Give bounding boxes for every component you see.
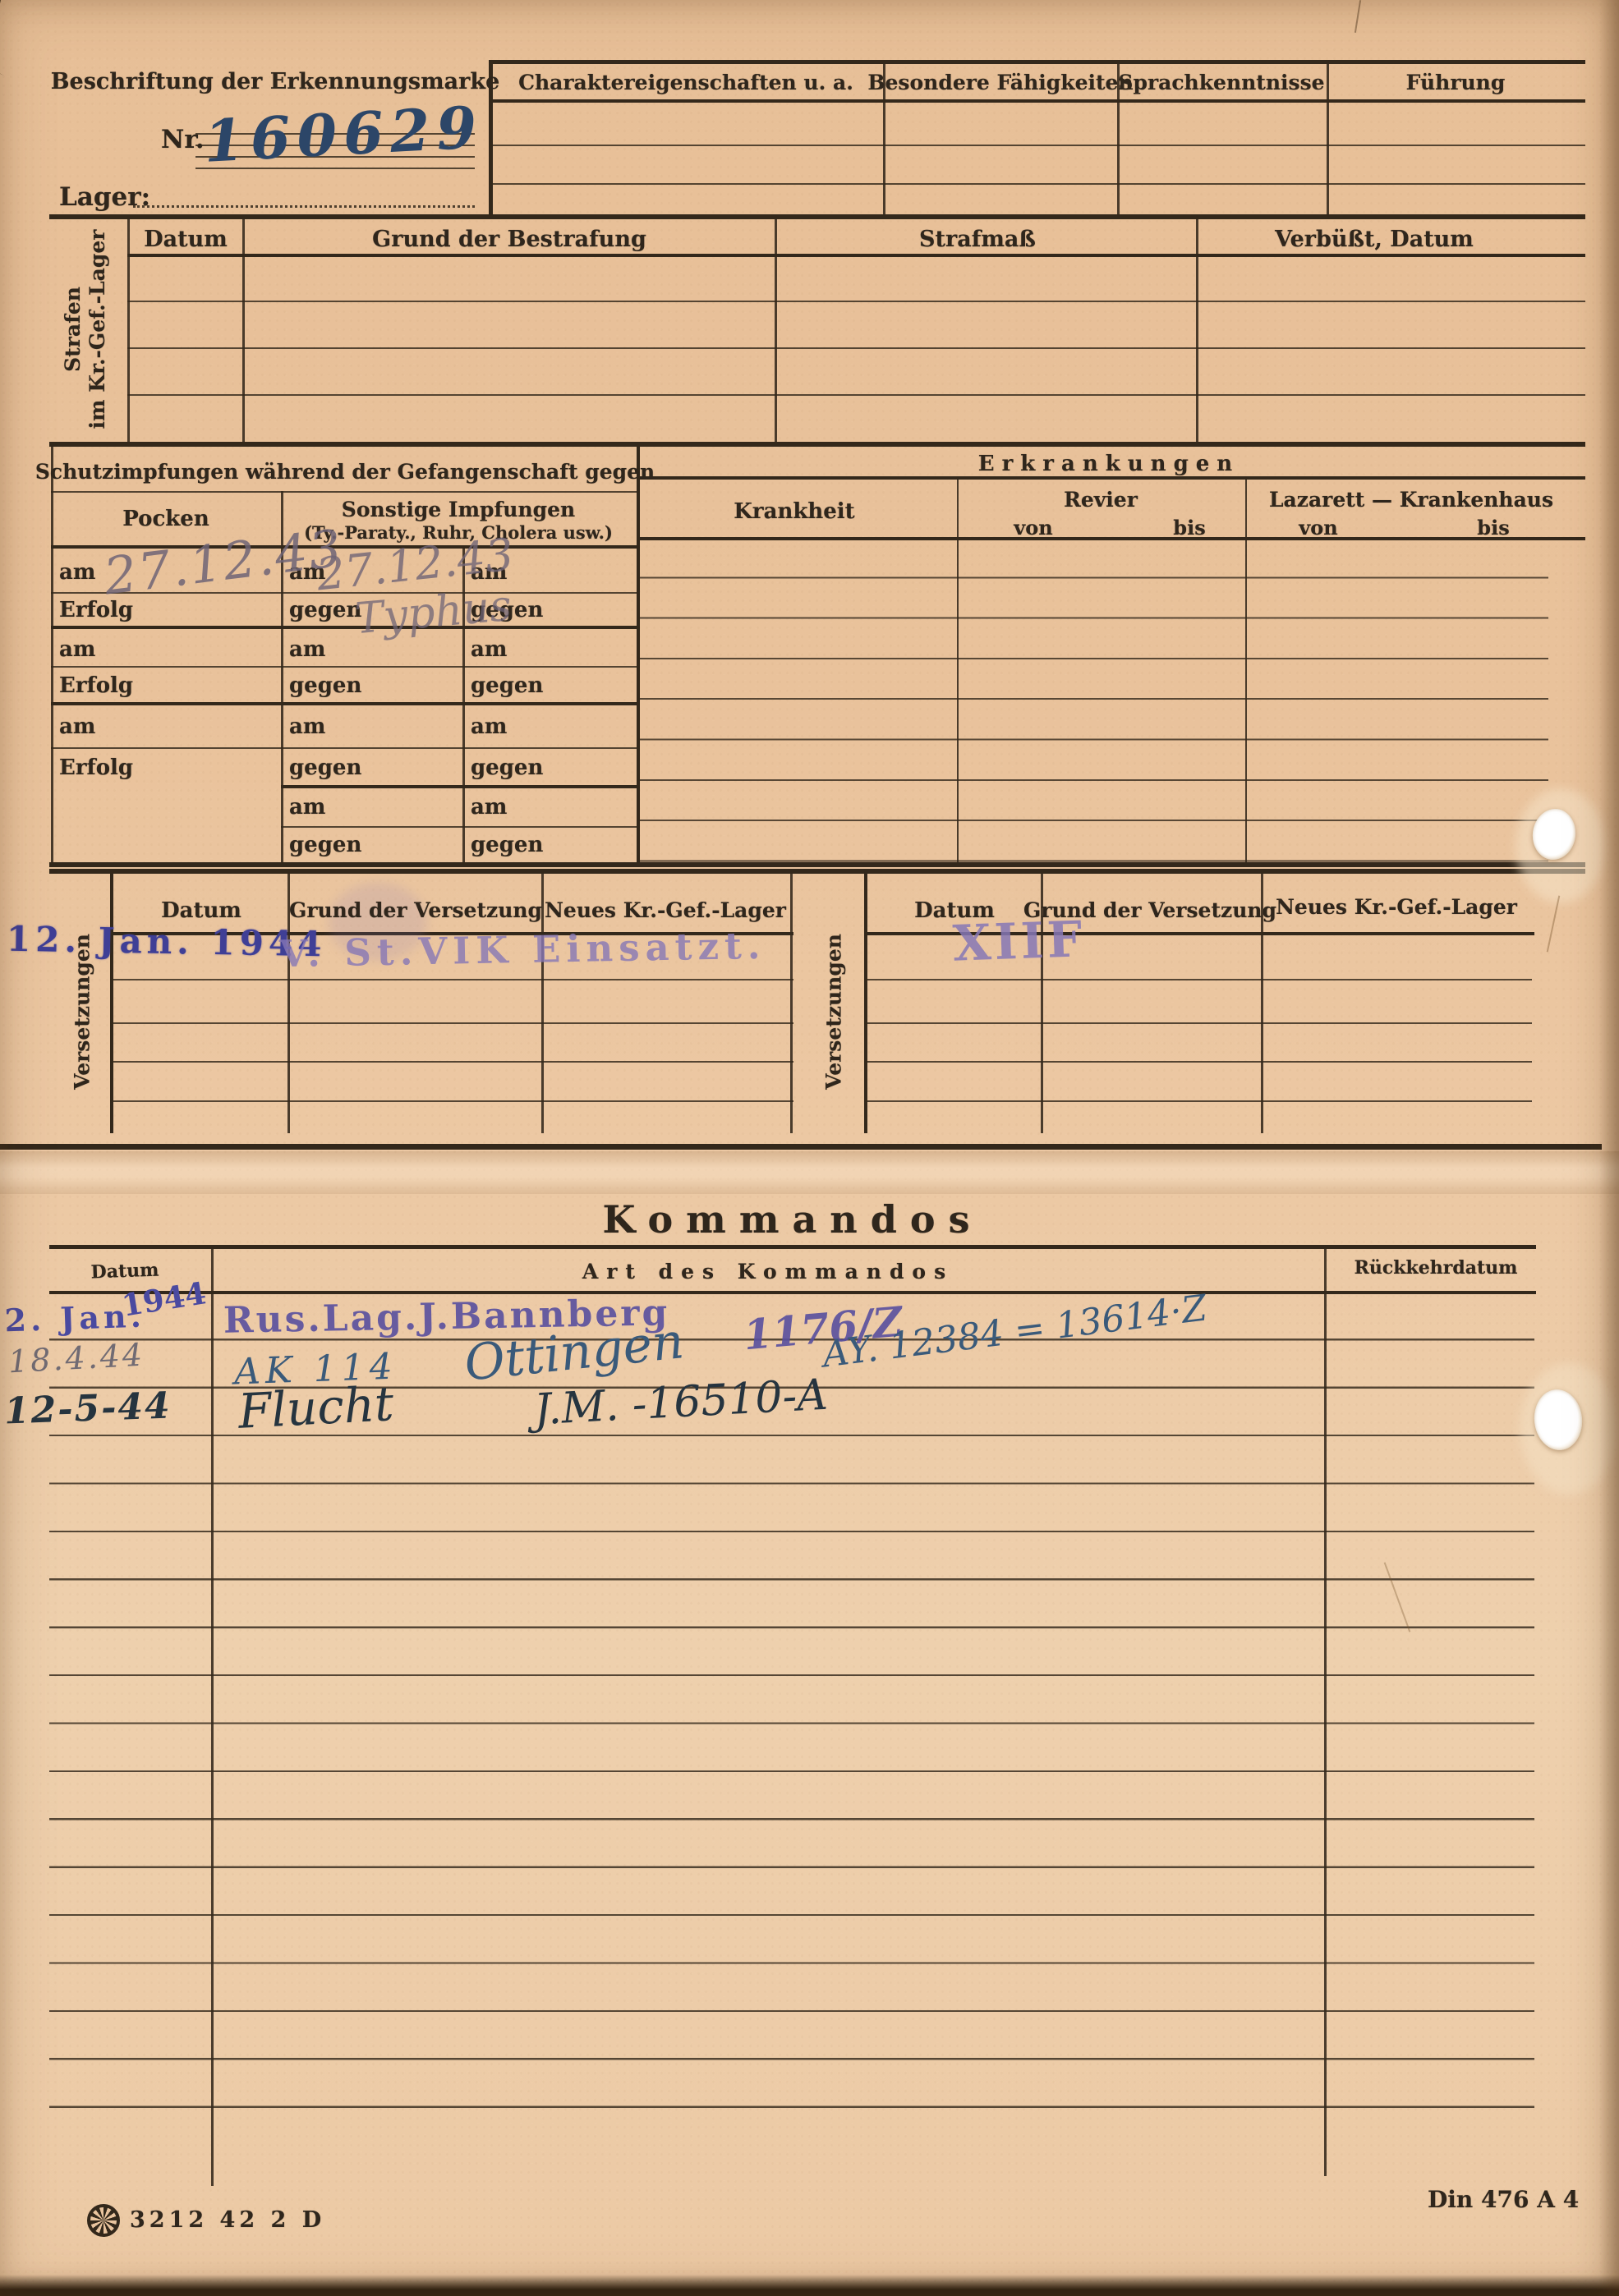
impfungen-col-pocken: Pocken (122, 507, 209, 531)
kommando-row2-date: 18.4.44 (7, 1337, 145, 1380)
impfungen-gegen-label: gegen (289, 833, 361, 857)
erkrankungen-title: Erkrankungen (978, 452, 1240, 476)
grid-line (864, 1100, 1532, 1102)
grid-line (1196, 216, 1198, 443)
grid-line (51, 491, 637, 493)
impfungen-gegen-label: gegen (471, 673, 543, 698)
strafen-side-label: Strafen im Kr.-Gef.-Lager (61, 230, 110, 429)
impfungen-erfolg-label: Erfolg (59, 673, 133, 698)
impfungen-am-label: am (59, 637, 95, 662)
grid-line (281, 826, 637, 828)
versetzungen-side-label-right: Versetzungen (822, 934, 846, 1090)
grid-line (110, 872, 113, 1133)
grid-line (49, 869, 1585, 874)
impfungen-am-label: am (289, 714, 325, 739)
scan-bottom-edge (0, 2275, 1619, 2296)
impfungen-erfolg-label: Erfolg (59, 755, 133, 780)
impfungen-gegen-label: gegen (471, 755, 543, 780)
versetzung-unit-stamp-suffix: XIIF (952, 911, 1087, 973)
grid-line (127, 394, 1585, 396)
grid-line (49, 862, 1585, 867)
grid-line (110, 979, 793, 980)
impfungen-am-label: am (471, 795, 507, 820)
paper-tear-line (1547, 896, 1561, 953)
grid-line (110, 1100, 793, 1102)
print-code: 3212 42 2 D (130, 2207, 325, 2233)
strafen-col-strafmass: Strafmaß (919, 227, 1036, 252)
grid-line (775, 216, 777, 443)
grid-line (127, 347, 1585, 349)
impfungen-am-label: am (471, 637, 507, 662)
lazarett-von-label: von (1299, 516, 1337, 540)
grid-line (864, 1022, 1532, 1024)
nr-value-handwritten: 160629 (202, 93, 485, 176)
kommandos-title: Kommandos (603, 1197, 983, 1242)
grid-line (127, 216, 130, 443)
grid-line (864, 979, 1532, 980)
fold-crease (0, 1151, 1619, 1194)
grid-line (110, 1061, 793, 1063)
top-col-faehigkeiten: Besondere Fähigkeiten (867, 71, 1133, 94)
pow-record-card: Beschriftung der Erkennungsmarke Nr. 160… (0, 0, 1619, 2296)
strafen-side-label-line1: Strafen (61, 230, 85, 429)
strafen-side-label-line2: im Kr.-Gef.-Lager (85, 230, 110, 429)
versetz-left-col-grund: Grund der Versetzung (289, 898, 542, 922)
grid-line (489, 183, 1585, 185)
lazarett-bis-label: bis (1477, 516, 1509, 540)
kommandos-col-art: Art des Kommandos (582, 1260, 954, 1283)
grid-line (489, 99, 1585, 103)
card-fold-border (0, 1144, 1602, 1150)
impfungen-gegen-label: gegen (471, 833, 543, 857)
impfungen-am-label: am (289, 637, 325, 662)
erkrankungen-row-lines (640, 538, 1548, 865)
grid-line (1327, 62, 1329, 216)
grid-line (51, 747, 637, 749)
erkrankungen-col-revier: Revier (1064, 488, 1138, 512)
grid-line (110, 1022, 793, 1024)
versetz-left-col-datum: Datum (161, 898, 241, 923)
grid-line (51, 626, 637, 629)
impfungen-gegen-label: gegen (289, 673, 361, 698)
revier-bis-label: bis (1173, 516, 1205, 540)
impfungen-gegen-label: gegen (289, 598, 361, 622)
grid-line (489, 60, 1585, 64)
top-col-sprachen: Sprachkenntnisse (1118, 71, 1324, 94)
revier-von-label: von (1014, 516, 1052, 540)
versetzung-unit-stamp: V. St.VIK Einsatzt. (279, 924, 766, 976)
corner-ink-mark (0, 0, 38, 80)
kommando-row3-art-part1: Flucht (237, 1375, 395, 1440)
grid-line (127, 254, 1585, 257)
grid-line (51, 447, 53, 864)
grid-line (281, 785, 637, 788)
erkrankungen-col-krankheit: Krankheit (734, 499, 854, 524)
impfungen-am-label: am (59, 560, 95, 585)
strafen-col-grund: Grund der Bestrafung (372, 227, 646, 252)
top-col-fuehrung: Führung (1406, 71, 1506, 94)
scan-right-edge (1599, 0, 1619, 2296)
grid-line (864, 1061, 1532, 1063)
grid-line (49, 442, 1585, 447)
versetz-right-col-neues: Neues Kr.-Gef.-Lager (1276, 895, 1517, 919)
kommandos-col-datum: Datum (90, 1260, 159, 1283)
kommandos-col-rueck: Rückkehrdatum (1355, 1257, 1518, 1279)
lager-dotted-line[interactable] (133, 187, 475, 208)
erkrankungen-col-lazarett: Lazarett — Krankenhaus (1269, 488, 1553, 512)
kommando-row3-date: 12-5-44 (3, 1384, 172, 1432)
impfungen-col-sonstige: Sonstige Impfungen (342, 498, 575, 521)
impfungen-title: Schutzimpfungen während der Gefangenscha… (35, 460, 655, 484)
grid-line (640, 476, 1585, 480)
grid-line (489, 145, 1585, 146)
grid-line (864, 872, 867, 1133)
grid-line (51, 702, 637, 705)
din-code: Din 476 A 4 (1428, 2186, 1579, 2213)
grid-line (242, 216, 245, 443)
impfungen-am-label: am (289, 795, 325, 820)
top-crack-mark (1355, 0, 1361, 33)
top-col-charakter: Charaktereigenschaften u. a. (518, 71, 853, 94)
id-block-title: Beschriftung der Erkennungsmarke (51, 69, 500, 94)
impfungen-gegen-label: gegen (289, 755, 361, 780)
strafen-col-verbuesst: Verbüßt, Datum (1275, 227, 1474, 252)
strafen-col-datum: Datum (144, 227, 228, 252)
grid-line (49, 1245, 1536, 1249)
printer-emblem-icon (87, 2204, 120, 2237)
grid-line (49, 214, 1585, 219)
grid-line (127, 301, 1585, 302)
grid-line (51, 666, 637, 668)
versetz-left-col-neues: Neues Kr.-Gef.-Lager (545, 898, 786, 922)
grid-line (790, 872, 793, 1133)
impfungen-am-label: am (471, 714, 507, 739)
impfungen-am-label: am (59, 714, 95, 739)
nr-label: Nr. (161, 125, 205, 154)
